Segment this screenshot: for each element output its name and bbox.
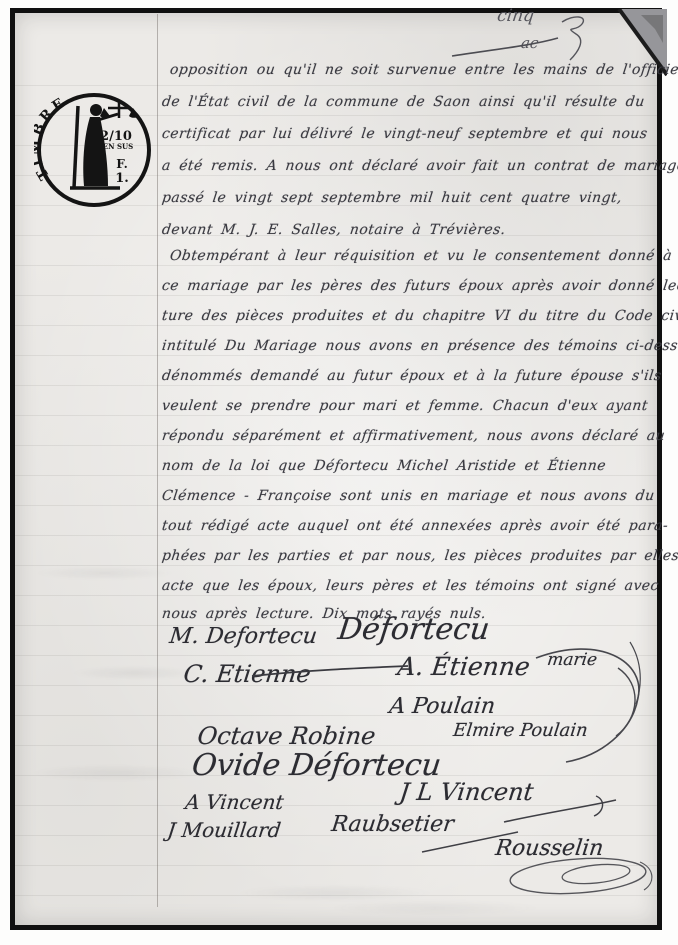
handwritten-line: Obtempérant à leur réquisition et vu le … — [169, 248, 673, 264]
handwritten-line: ture des pièces produites et du chapitre… — [161, 308, 678, 324]
signature: J L Vincent — [398, 778, 535, 806]
signature: Défortecu — [336, 612, 492, 647]
handwritten-line: veulent se prendre pour mari et femme. C… — [161, 398, 649, 414]
stamp-timbre-label: TIMBRE — [34, 94, 69, 182]
signature: A Poulain — [388, 694, 497, 719]
margin-rule — [157, 14, 158, 907]
timbre-fiscal-stamp: TIMBRE 2/10 EN SUS F. 1. — [34, 84, 154, 216]
handwritten-line: intitulé Du Mariage nous avons en présen… — [161, 338, 678, 354]
signature: Rousselin — [494, 836, 605, 861]
handwritten-line: passé le vingt sept septembre mil huit c… — [161, 190, 623, 206]
handwritten-line: opposition ou qu'il ne soit survenue ent… — [169, 62, 678, 78]
annotation-cinq: cinq — [496, 6, 535, 26]
handwritten-line: certificat par lui délivré le vingt-neuf… — [161, 126, 648, 142]
signature: marie — [546, 650, 598, 670]
stamp-value-f: F. — [116, 157, 128, 171]
handwritten-line: ce mariage par les pères des futurs épou… — [161, 278, 678, 294]
handwritten-line: répondu séparément et affirmativement, n… — [161, 428, 666, 444]
signature: A Vincent — [184, 790, 285, 814]
signature: J Mouillard — [166, 818, 282, 842]
handwritten-line: tout rédigé acte auquel ont été annexées… — [161, 518, 669, 534]
stamp-rate-sub: EN SUS — [103, 142, 133, 151]
signature: Octave Robine — [196, 722, 377, 750]
handwritten-line: phées par les parties et par nous, les p… — [161, 548, 678, 564]
signature: Raubsetier — [330, 812, 455, 837]
handwritten-line: a été remis. A nous ont déclaré avoir fa… — [161, 158, 678, 174]
signature: A. Étienne — [396, 652, 532, 681]
handwritten-line: acte que les époux, leurs pères et les t… — [161, 578, 660, 594]
svg-text:TIMBRE: TIMBRE — [34, 94, 69, 182]
handwritten-line: Clémence - Françoise sont unis en mariag… — [161, 488, 656, 504]
signature: C. Etienne — [182, 660, 312, 688]
signature: Elmire Poulain — [452, 720, 589, 741]
signature: M. Defortecu — [168, 624, 319, 649]
annotation-ac: ac — [520, 34, 540, 52]
handwritten-line: devant M. J. E. Salles, notaire à Tréviè… — [161, 222, 507, 238]
handwritten-line: de l'État civil de la commune de Saon ai… — [161, 94, 646, 110]
stamp-value-1: 1. — [115, 171, 129, 186]
handwritten-line: nom de la loi que Défortecu Michel Arist… — [161, 458, 607, 474]
handwritten-line: dénommés demandé au futur époux et à la … — [161, 368, 663, 384]
